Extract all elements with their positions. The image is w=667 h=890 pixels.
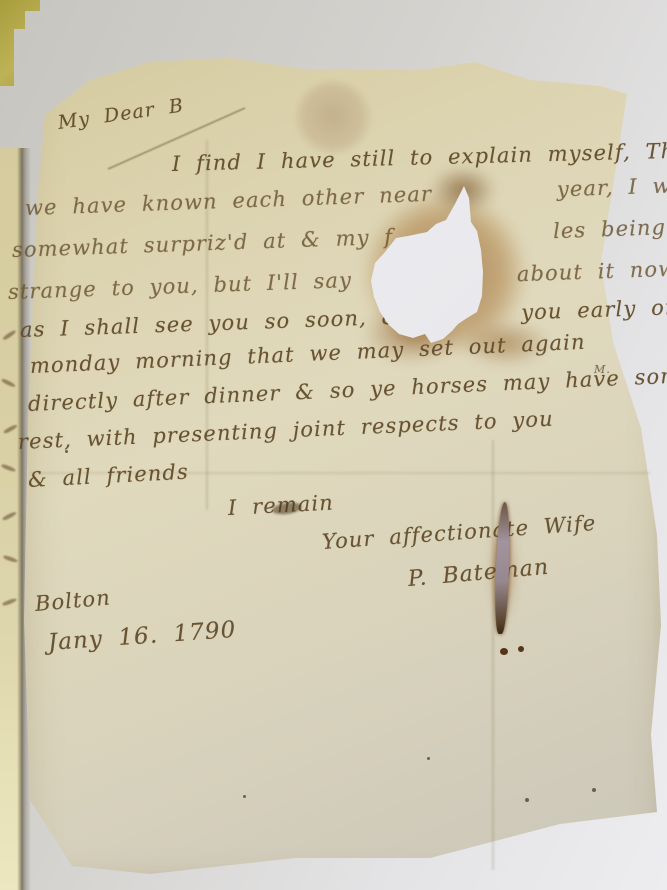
burn-dot <box>500 648 508 655</box>
place-line: Bolton <box>34 585 112 616</box>
paper-speck <box>525 798 529 802</box>
closing-line-2: Your affectionate Wife <box>321 511 597 554</box>
burned-gap <box>432 196 557 200</box>
salutation: My Dear B <box>56 94 185 133</box>
handwriting-layer: My Dear B I find I have still to explain… <box>0 0 667 890</box>
paper-speck <box>243 795 246 798</box>
marginal-annotation: M. <box>594 363 611 376</box>
paper-speck <box>65 450 68 453</box>
letter-line-9: & all friends <box>27 460 189 492</box>
letter-line-3: somewhat surpriz'd at & my fles being <box>12 215 667 262</box>
letter-line-1: I find I have still to explain myself, T… <box>172 138 667 176</box>
paper-speck <box>427 757 430 760</box>
date-line: Jany 16. 1790 <box>47 617 237 656</box>
letter-line-8: rest, with presenting joint respects to … <box>17 407 554 454</box>
letter-line-4: strange to you, but I'll sayabout it now <box>8 257 667 304</box>
burn-dot <box>518 646 524 652</box>
signature: P. Bateman <box>407 555 550 592</box>
paper-speck <box>592 788 596 792</box>
letter-line-2: we have known each other nearyear, I was <box>25 173 667 220</box>
